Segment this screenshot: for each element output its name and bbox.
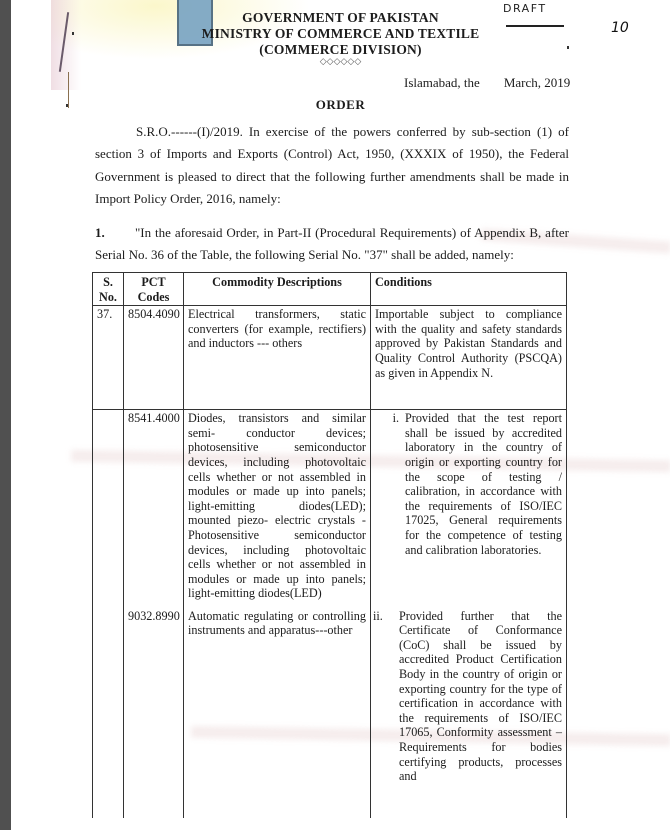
document-page: DRAFT 10 GOVERNMENT OF PAKISTAN MINISTRY… (11, 0, 670, 830)
date: March, 2019 (504, 75, 570, 90)
preamble-paragraph: S.R.O.------(I)/2019. In exercise of the… (95, 121, 569, 210)
item-number: 1. (95, 222, 135, 244)
cell-s-no (93, 608, 124, 818)
place: Islamabad, the (404, 75, 480, 90)
header-ministry: MINISTRY OF COMMERCE AND TEXTILE (11, 26, 670, 42)
condition-marker: ii. (373, 609, 399, 784)
cell-description: Automatic regulating or controlling inst… (184, 608, 371, 818)
table-row: 8541.4000 Diodes, transistors and simila… (93, 410, 567, 608)
cell-s-no (93, 410, 124, 608)
cell-condition: i.Provided that the test report shall be… (371, 410, 567, 608)
cell-condition: Importable subject to compliance with th… (371, 306, 567, 410)
cell-pct-code: 8541.4000 (124, 410, 184, 608)
viewer-left-edge (0, 0, 11, 830)
order-title: ORDER (11, 97, 670, 113)
item-text: "In the aforesaid Order, in Part-II (Pro… (95, 225, 569, 262)
cell-s-no: 37. (93, 306, 124, 410)
condition-text: Provided further that the Certificate of… (399, 609, 562, 784)
condition-marker: i. (375, 411, 405, 557)
cell-pct-code: 8504.4090 (124, 306, 184, 410)
cell-pct-code: 9032.8990 (124, 608, 184, 818)
schedule-table: S. No. PCT Codes Commodity Descriptions … (92, 272, 567, 818)
table-row: 37. 8504.4090 Electrical transformers, s… (93, 306, 567, 410)
item-1-paragraph: 1."In the aforesaid Order, in Part-II (P… (95, 222, 569, 267)
header-government: GOVERNMENT OF PAKISTAN (11, 10, 670, 26)
table-row: 9032.8990 Automatic regulating or contro… (93, 608, 567, 818)
col-header-commodity: Commodity Descriptions (184, 273, 371, 306)
condition-text: Provided that the test report shall be i… (405, 411, 562, 557)
place-date: Islamabad, theMarch, 2019 (404, 75, 570, 91)
col-header-conditions: Conditions (371, 273, 567, 306)
table-header-row: S. No. PCT Codes Commodity Descriptions … (93, 273, 567, 306)
col-header-s-no: S. No. (93, 273, 124, 306)
cell-condition: ii.Provided further that the Certificate… (371, 608, 567, 818)
cell-description: Diodes, transistors and similar semi- co… (184, 410, 371, 608)
col-header-pct-codes: PCT Codes (124, 273, 184, 306)
cell-description: Electrical transformers, static converte… (184, 306, 371, 410)
header-ornament: ◇◇◇◇◇◇ (11, 56, 670, 67)
